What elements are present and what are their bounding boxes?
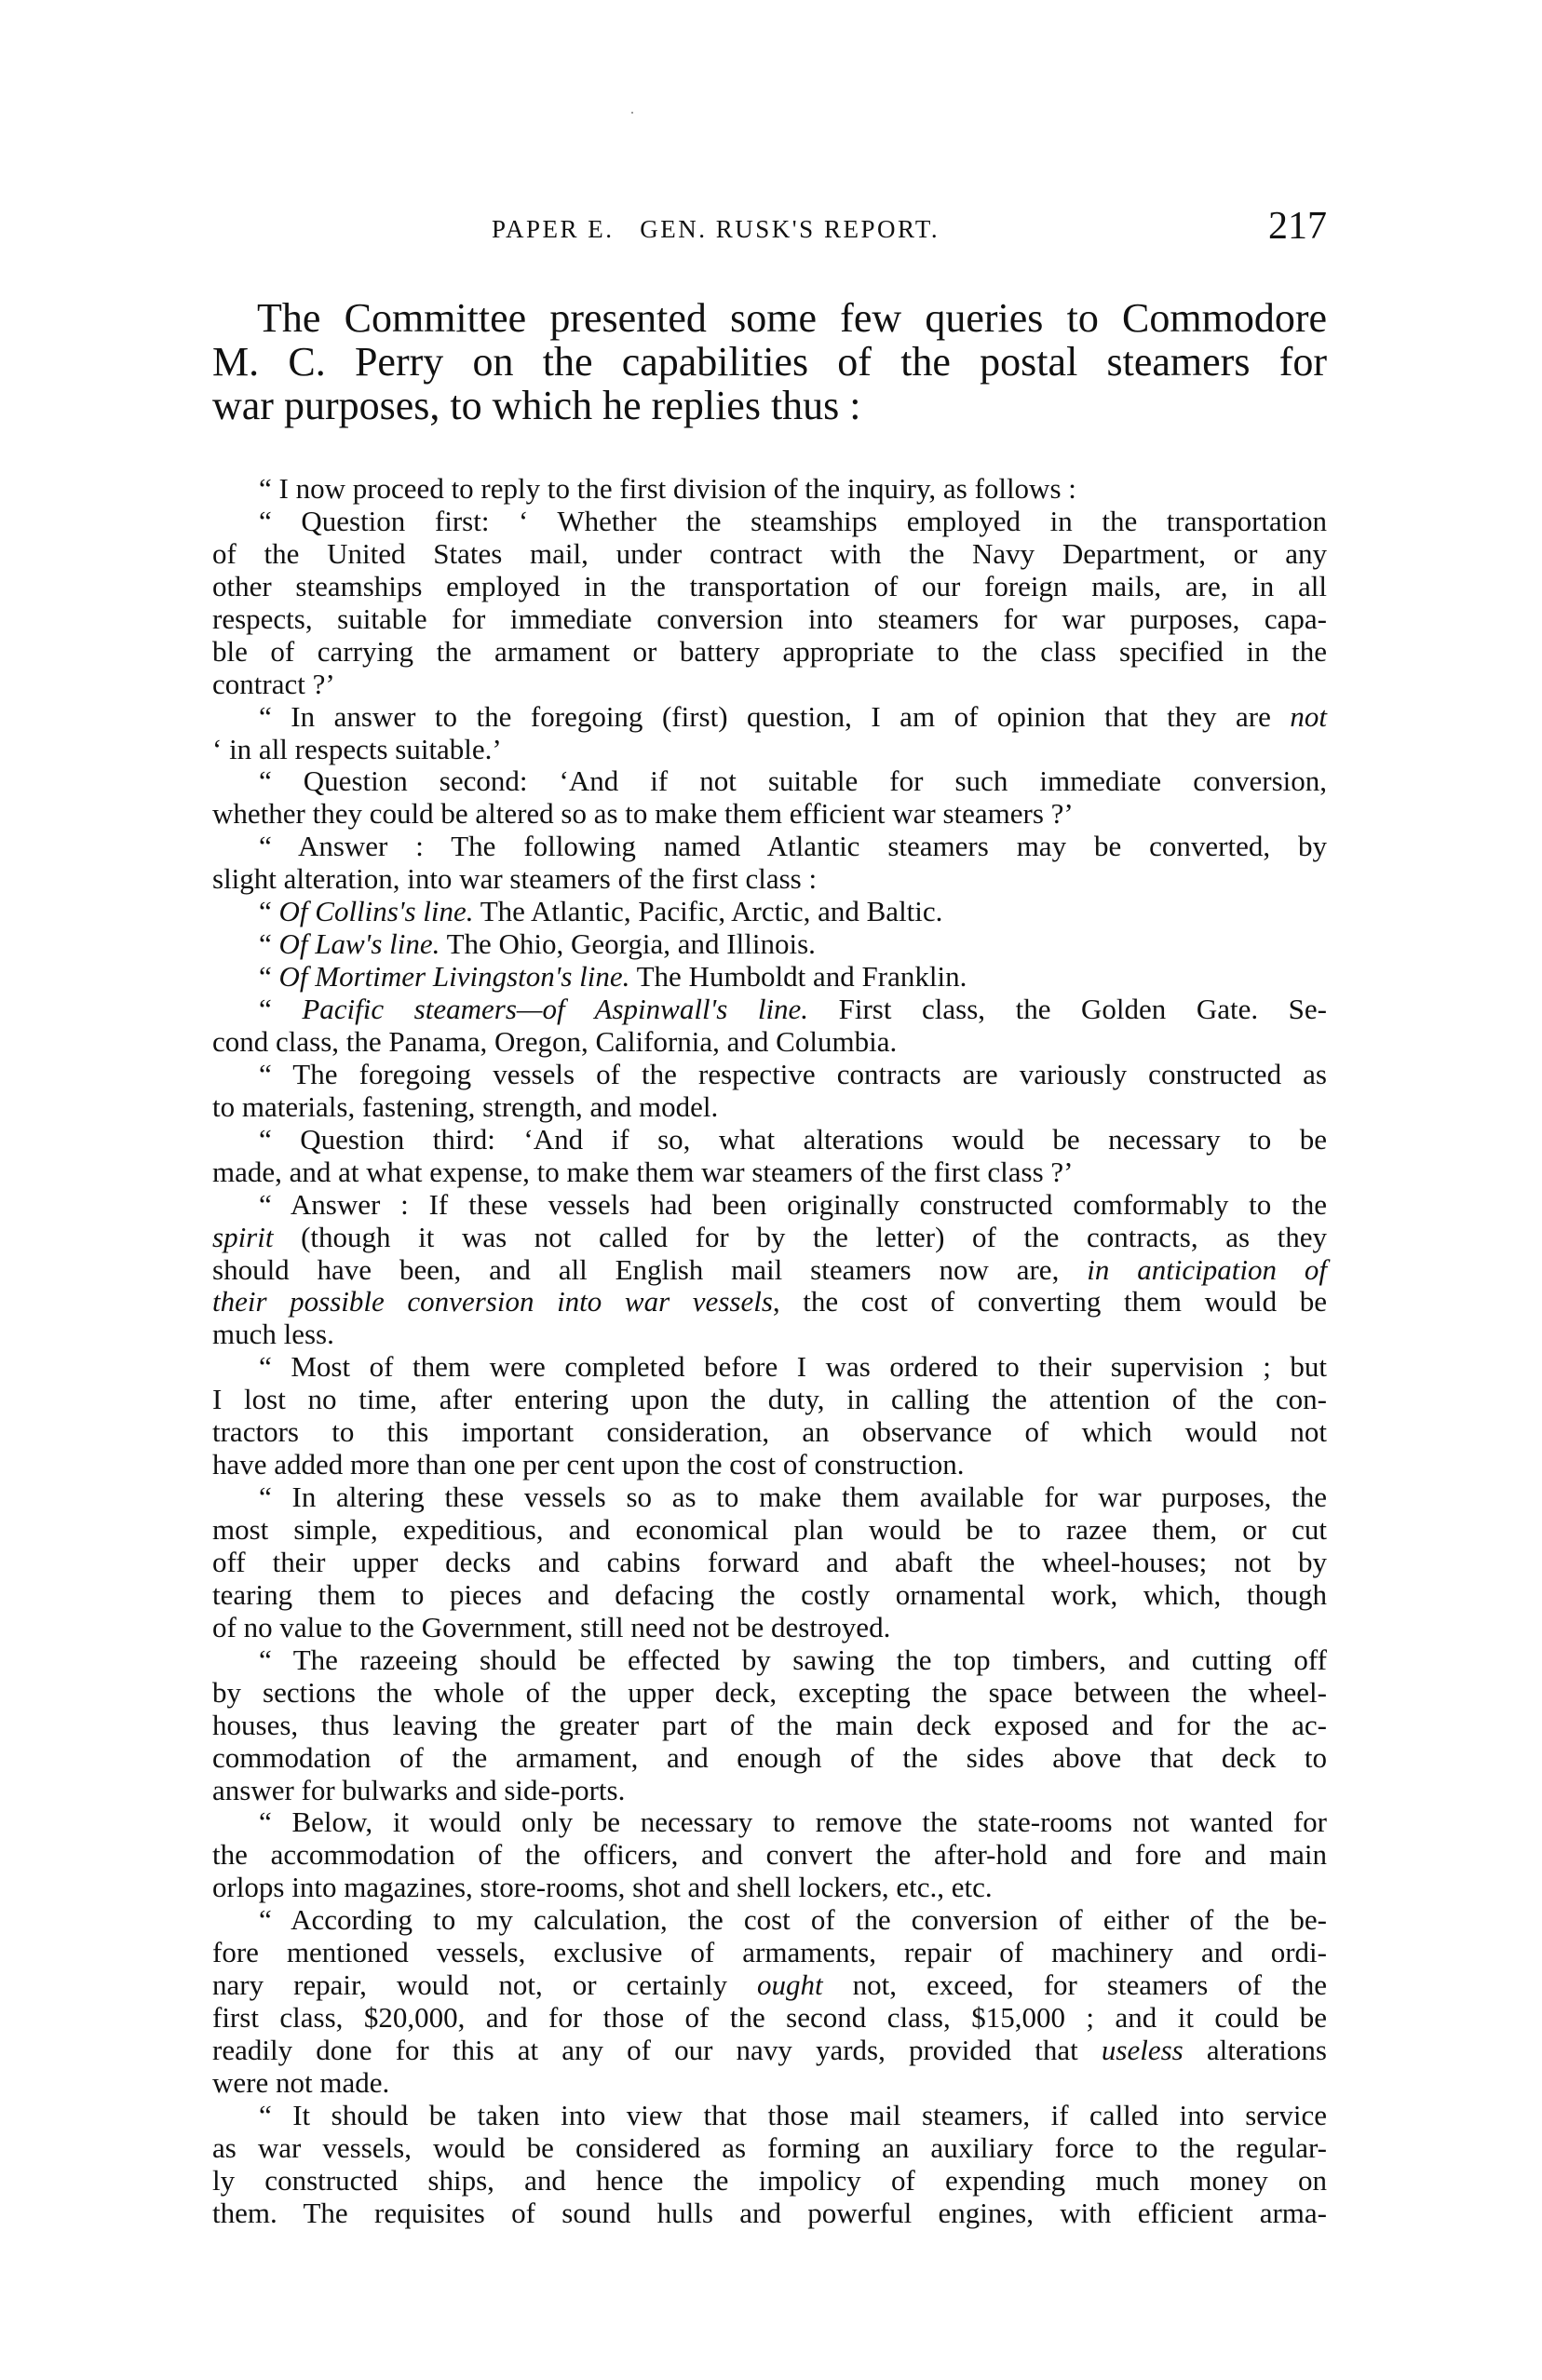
- line-content: as war vessels, would be considered as f…: [212, 2132, 1327, 2165]
- text-line: of no value to the Government, still nee…: [212, 1612, 1327, 1644]
- text-run: slight alteration, into war steamers of …: [212, 862, 817, 895]
- text-run: “ Below, it would only be necessary to r…: [259, 1805, 1327, 1838]
- text-line: made, and at what expense, to make them …: [212, 1156, 1327, 1189]
- italic-text: useless: [1102, 2034, 1184, 2066]
- running-head: PAPER E. GEN. RUSK'S REPORT. 217: [212, 210, 1327, 248]
- text-run: alterations: [1184, 2034, 1327, 2066]
- text-run: by sections the whole of the upper deck,…: [212, 1676, 1327, 1709]
- text-line: whether they could be altered so as to m…: [212, 798, 1327, 831]
- page-number: 217: [1268, 205, 1327, 248]
- line-content: “ Question second: ‘And if not suitable …: [259, 765, 1327, 798]
- line-content: “ The razeeing should be effected by saw…: [259, 1644, 1327, 1677]
- text-line: fore mentioned vessels, exclusive of arm…: [212, 1937, 1327, 1969]
- italic-text: spirit: [212, 1221, 273, 1253]
- text-run: The Humboldt and Franklin.: [629, 960, 967, 993]
- text-run: “ The foregoing vessels of the respectiv…: [259, 1058, 1327, 1090]
- text-line: commodation of the armament, and enough …: [212, 1742, 1327, 1775]
- text-line: “ Answer : The following named Atlantic …: [212, 831, 1327, 863]
- text-run: of no value to the Government, still nee…: [212, 1611, 890, 1643]
- text-run: readily done for this at any of our navy…: [212, 2034, 1102, 2066]
- text-run: “ Answer : If these vessels had been ori…: [259, 1188, 1327, 1221]
- text-run: cond class, the Panama, Oregon, Californ…: [212, 1025, 897, 1058]
- text-line: their possible conversion into war vesse…: [212, 1286, 1327, 1318]
- line-content: houses, thus leaving the greater part of…: [212, 1710, 1327, 1742]
- text-run: as war vessels, would be considered as f…: [212, 2131, 1327, 2164]
- line-content: of the United States mail, under contrac…: [212, 538, 1327, 571]
- text-line: first class, $20,000, and for those of t…: [212, 2002, 1327, 2035]
- line-content: made, and at what expense, to make them …: [212, 1156, 1327, 1189]
- text-line: “ Of Collins's line. The Atlantic, Pacif…: [212, 896, 1327, 928]
- text-run: “ Answer : The following named Atlantic …: [259, 830, 1327, 862]
- text-line: “ Question second: ‘And if not suitable …: [212, 765, 1327, 798]
- running-head-title: PAPER E. GEN. RUSK'S REPORT.: [492, 210, 940, 248]
- text-run: contract ?’: [212, 668, 335, 700]
- text-run: ly constructed ships, and hence the impo…: [212, 2164, 1327, 2197]
- line-content: readily done for this at any of our navy…: [212, 2035, 1327, 2067]
- text-run: whether they could be altered so as to m…: [212, 797, 1074, 830]
- text-run: “ Question first: ‘ Whether the steamshi…: [259, 505, 1327, 537]
- line-content: “ Answer : The following named Atlantic …: [259, 831, 1327, 863]
- text-line: houses, thus leaving the greater part of…: [212, 1710, 1327, 1742]
- text-line: “ Pacific steamers—of Aspinwall's line. …: [212, 994, 1327, 1026]
- text-run: “ It should be taken into view that thos…: [259, 2099, 1327, 2131]
- line-content: “ Question first: ‘ Whether the steamshi…: [259, 506, 1327, 538]
- line-content: them. The requisites of sound hulls and …: [212, 2197, 1327, 2230]
- text-line: “ Question first: ‘ Whether the steamshi…: [212, 506, 1327, 538]
- text-run: respects, suitable for immediate convers…: [212, 602, 1327, 635]
- line-content: I lost no time, after entering upon the …: [212, 1384, 1327, 1416]
- text-line: to materials, fastening, strength, and m…: [212, 1091, 1327, 1124]
- text-line: should have been, and all English mail s…: [212, 1254, 1327, 1287]
- text-run: “: [259, 895, 279, 927]
- text-line: “ Of Law's line. The Ohio, Georgia, and …: [212, 928, 1327, 961]
- line-content: “ Of Collins's line. The Atlantic, Pacif…: [259, 896, 1327, 928]
- text-run: (though it was not called for by the let…: [273, 1221, 1327, 1253]
- text-line: spirit (though it was not called for by …: [212, 1222, 1327, 1254]
- text-line: M. C. Perry on the capabilities of the p…: [212, 340, 1327, 384]
- line-content: “ In altering these vessels so as to mak…: [259, 1481, 1327, 1514]
- line-content: “ It should be taken into view that thos…: [259, 2100, 1327, 2132]
- line-content: orlops into magazines, store-rooms, shot…: [212, 1872, 1327, 1904]
- text-run: not, exceed, for steamers of the: [823, 1968, 1327, 2001]
- text-line: “ The foregoing vessels of the respectiv…: [212, 1059, 1327, 1091]
- text-run: war purposes, to which he replies thus :: [212, 383, 861, 428]
- text-line: “ Question third: ‘And if so, what alter…: [212, 1124, 1327, 1156]
- text-line: “ According to my calculation, the cost …: [212, 1904, 1327, 1937]
- text-run: them. The requisites of sound hulls and …: [212, 2197, 1327, 2229]
- line-content: ‘ in all respects suitable.’: [212, 734, 1327, 766]
- text-line: ‘ in all respects suitable.’: [212, 734, 1327, 766]
- text-line: I lost no time, after entering upon the …: [212, 1384, 1327, 1416]
- text-run: fore mentioned vessels, exclusive of arm…: [212, 1936, 1327, 1968]
- line-content: ly constructed ships, and hence the impo…: [212, 2165, 1327, 2197]
- text-line: war purposes, to which he replies thus :: [212, 384, 1327, 427]
- text-line: the accommodation of the officers, and c…: [212, 1839, 1327, 1872]
- text-run: nary repair, would not, or certainly: [212, 1968, 757, 2001]
- text-line: tearing them to pieces and defacing the …: [212, 1579, 1327, 1612]
- text-line: other steamships employed in the transpo…: [212, 571, 1327, 603]
- line-content: respects, suitable for immediate convers…: [212, 603, 1327, 636]
- text-run: “ Question second: ‘And if not suitable …: [259, 764, 1327, 797]
- line-content: war purposes, to which he replies thus :: [212, 384, 1327, 427]
- text-run: First class, the Golden Gate. Se-: [808, 993, 1327, 1025]
- quoted-letter-body: “ I now proceed to reply to the first di…: [212, 473, 1327, 2230]
- text-run: the accommodation of the officers, and c…: [212, 1838, 1327, 1871]
- text-line: “ In altering these vessels so as to mak…: [212, 1481, 1327, 1514]
- text-line: cond class, the Panama, Oregon, Californ…: [212, 1026, 1327, 1059]
- line-content: whether they could be altered so as to m…: [212, 798, 1327, 831]
- line-content: “ I now proceed to reply to the first di…: [259, 473, 1327, 506]
- text-line: nary repair, would not, or certainly oug…: [212, 1969, 1327, 2002]
- text-line: “ The razeeing should be effected by saw…: [212, 1644, 1327, 1677]
- text-line: ly constructed ships, and hence the impo…: [212, 2165, 1327, 2197]
- text-run: commodation of the armament, and enough …: [212, 1741, 1327, 1774]
- line-content: to materials, fastening, strength, and m…: [212, 1091, 1327, 1124]
- text-run: most simple, expeditious, and economical…: [212, 1513, 1327, 1546]
- line-content: cond class, the Panama, Oregon, Californ…: [212, 1026, 1327, 1059]
- line-content: “ Of Mortimer Livingston's line. The Hum…: [259, 961, 1327, 994]
- text-run: ble of carrying the armament or battery …: [212, 635, 1327, 668]
- text-line: slight alteration, into war steamers of …: [212, 863, 1327, 896]
- line-content: answer for bulwarks and side-ports.: [212, 1775, 1327, 1807]
- italic-text: Of Collins's line.: [279, 895, 474, 927]
- line-content: much less.: [212, 1318, 1327, 1351]
- text-line: have added more than one per cent upon t…: [212, 1449, 1327, 1481]
- text-line: of the United States mail, under contrac…: [212, 538, 1327, 571]
- text-run: tearing them to pieces and defacing the …: [212, 1578, 1327, 1611]
- text-run: were not made.: [212, 2066, 389, 2099]
- text-line: “ Most of them were completed before I w…: [212, 1351, 1327, 1384]
- line-content: “ According to my calculation, the cost …: [259, 1904, 1327, 1937]
- text-line: ble of carrying the armament or battery …: [212, 636, 1327, 669]
- line-content: fore mentioned vessels, exclusive of arm…: [212, 1937, 1327, 1969]
- text-line: readily done for this at any of our navy…: [212, 2035, 1327, 2067]
- line-content: The Committee presented some few queries…: [257, 296, 1327, 340]
- text-run: I lost no time, after entering upon the …: [212, 1383, 1327, 1415]
- text-line: “ In answer to the foregoing (first) que…: [212, 701, 1327, 734]
- italic-text: ought: [757, 1968, 823, 2001]
- line-content: have added more than one per cent upon t…: [212, 1449, 1327, 1481]
- text-line: “ Of Mortimer Livingston's line. The Hum…: [212, 961, 1327, 994]
- italic-text: Of Law's line.: [279, 927, 440, 960]
- text-line: were not made.: [212, 2067, 1327, 2100]
- text-line: tractors to this important consideration…: [212, 1416, 1327, 1449]
- text-line: respects, suitable for immediate convers…: [212, 603, 1327, 636]
- text-run: of the United States mail, under contrac…: [212, 537, 1327, 570]
- intro-paragraph: The Committee presented some few queries…: [212, 296, 1327, 427]
- line-content: “ Below, it would only be necessary to r…: [259, 1806, 1327, 1839]
- line-content: “ Answer : If these vessels had been ori…: [259, 1189, 1327, 1222]
- text-run: “ In answer to the foregoing (first) que…: [259, 700, 1290, 733]
- text-run: “: [259, 993, 302, 1025]
- text-run: have added more than one per cent upon t…: [212, 1448, 964, 1481]
- line-content: tearing them to pieces and defacing the …: [212, 1579, 1327, 1612]
- text-run: tractors to this important consideration…: [212, 1415, 1327, 1448]
- text-run: much less.: [212, 1318, 334, 1350]
- text-line: much less.: [212, 1318, 1327, 1351]
- scan-speck: [631, 112, 633, 114]
- line-content: should have been, and all English mail s…: [212, 1254, 1327, 1287]
- line-content: “ Of Law's line. The Ohio, Georgia, and …: [259, 928, 1327, 961]
- line-content: first class, $20,000, and for those of t…: [212, 2002, 1327, 2035]
- italic-text: in anticipation of: [1087, 1253, 1327, 1286]
- line-content: M. C. Perry on the capabilities of the p…: [212, 340, 1327, 384]
- line-content: contract ?’: [212, 669, 1327, 701]
- text-line: “ I now proceed to reply to the first di…: [212, 473, 1327, 506]
- text-run: M. C. Perry on the capabilities of the p…: [212, 339, 1327, 385]
- text-line: The Committee presented some few queries…: [212, 296, 1327, 340]
- text-run: first class, $20,000, and for those of t…: [212, 2001, 1327, 2034]
- line-content: “ The foregoing vessels of the respectiv…: [259, 1059, 1327, 1091]
- italic-text: Of Mortimer Livingston's line.: [279, 960, 630, 993]
- document-page: PAPER E. GEN. RUSK'S REPORT. 217 The Com…: [0, 0, 1542, 2380]
- text-line: answer for bulwarks and side-ports.: [212, 1775, 1327, 1807]
- text-run: “ Most of them were completed before I w…: [259, 1350, 1327, 1383]
- text-line: most simple, expeditious, and economical…: [212, 1514, 1327, 1547]
- line-content: off their upper decks and cabins forward…: [212, 1547, 1327, 1579]
- italic-text: their possible conversion into war vesse…: [212, 1285, 773, 1318]
- line-content: most simple, expeditious, and economical…: [212, 1514, 1327, 1547]
- text-line: them. The requisites of sound hulls and …: [212, 2197, 1327, 2230]
- text-line: “ It should be taken into view that thos…: [212, 2100, 1327, 2132]
- text-run: “ Question third: ‘And if so, what alter…: [259, 1123, 1327, 1156]
- text-run: answer for bulwarks and side-ports.: [212, 1774, 625, 1806]
- line-content: their possible conversion into war vesse…: [212, 1286, 1327, 1318]
- italic-text: not: [1290, 700, 1327, 733]
- line-content: other steamships employed in the transpo…: [212, 571, 1327, 603]
- line-content: “ Pacific steamers—of Aspinwall's line. …: [259, 994, 1327, 1026]
- italic-text: Pacific steamers—of Aspinwall's line.: [302, 993, 808, 1025]
- line-content: “ Question third: ‘And if so, what alter…: [259, 1124, 1327, 1156]
- text-line: “ Below, it would only be necessary to r…: [212, 1806, 1327, 1839]
- text-run: “ The razeeing should be effected by saw…: [259, 1643, 1327, 1676]
- line-content: the accommodation of the officers, and c…: [212, 1839, 1327, 1872]
- text-run: houses, thus leaving the greater part of…: [212, 1709, 1327, 1741]
- text-run: The Committee presented some few queries…: [257, 295, 1327, 341]
- text-run: ‘ in all respects suitable.’: [212, 733, 502, 765]
- line-content: “ In answer to the foregoing (first) que…: [259, 701, 1327, 734]
- text-run: “: [259, 927, 279, 960]
- line-content: of no value to the Government, still nee…: [212, 1612, 1327, 1644]
- text-line: as war vessels, would be considered as f…: [212, 2132, 1327, 2165]
- text-run: made, and at what expense, to make them …: [212, 1156, 1074, 1188]
- text-run: “ In altering these vessels so as to mak…: [259, 1481, 1327, 1513]
- line-content: tractors to this important consideration…: [212, 1416, 1327, 1449]
- text-run: “ According to my calculation, the cost …: [259, 1903, 1327, 1936]
- text-run: off their upper decks and cabins forward…: [212, 1546, 1327, 1578]
- text-run: , the cost of converting them would be: [773, 1285, 1327, 1318]
- text-line: orlops into magazines, store-rooms, shot…: [212, 1872, 1327, 1904]
- line-content: commodation of the armament, and enough …: [212, 1742, 1327, 1775]
- text-run: to materials, fastening, strength, and m…: [212, 1090, 718, 1123]
- text-line: off their upper decks and cabins forward…: [212, 1547, 1327, 1579]
- text-line: contract ?’: [212, 669, 1327, 701]
- line-content: spirit (though it was not called for by …: [212, 1222, 1327, 1254]
- line-content: were not made.: [212, 2067, 1327, 2100]
- line-content: “ Most of them were completed before I w…: [259, 1351, 1327, 1384]
- text-run: should have been, and all English mail s…: [212, 1253, 1087, 1286]
- text-run: “ I now proceed to reply to the first di…: [259, 472, 1076, 505]
- line-content: slight alteration, into war steamers of …: [212, 863, 1327, 896]
- text-run: other steamships employed in the transpo…: [212, 570, 1327, 602]
- text-run: The Ohio, Georgia, and Illinois.: [440, 927, 816, 960]
- text-run: orlops into magazines, store-rooms, shot…: [212, 1871, 993, 1903]
- line-content: ble of carrying the armament or battery …: [212, 636, 1327, 669]
- text-run: The Atlantic, Pacific, Arctic, and Balti…: [474, 895, 943, 927]
- text-run: “: [259, 960, 279, 993]
- text-line: “ Answer : If these vessels had been ori…: [212, 1189, 1327, 1222]
- line-content: by sections the whole of the upper deck,…: [212, 1677, 1327, 1710]
- text-line: by sections the whole of the upper deck,…: [212, 1677, 1327, 1710]
- line-content: nary repair, would not, or certainly oug…: [212, 1969, 1327, 2002]
